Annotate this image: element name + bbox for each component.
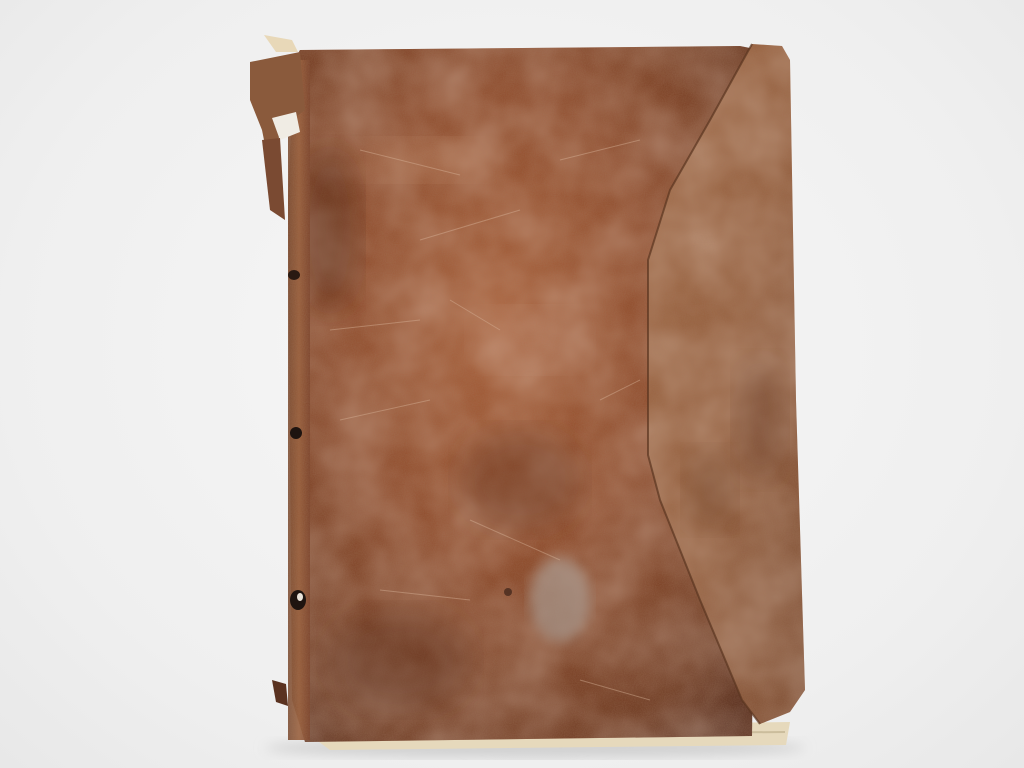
paper-tab <box>264 35 298 52</box>
worn-stain <box>530 558 590 642</box>
book-photo <box>0 0 1024 768</box>
photo-scene: Worn brown leather book cover with a wra… <box>0 0 1024 768</box>
